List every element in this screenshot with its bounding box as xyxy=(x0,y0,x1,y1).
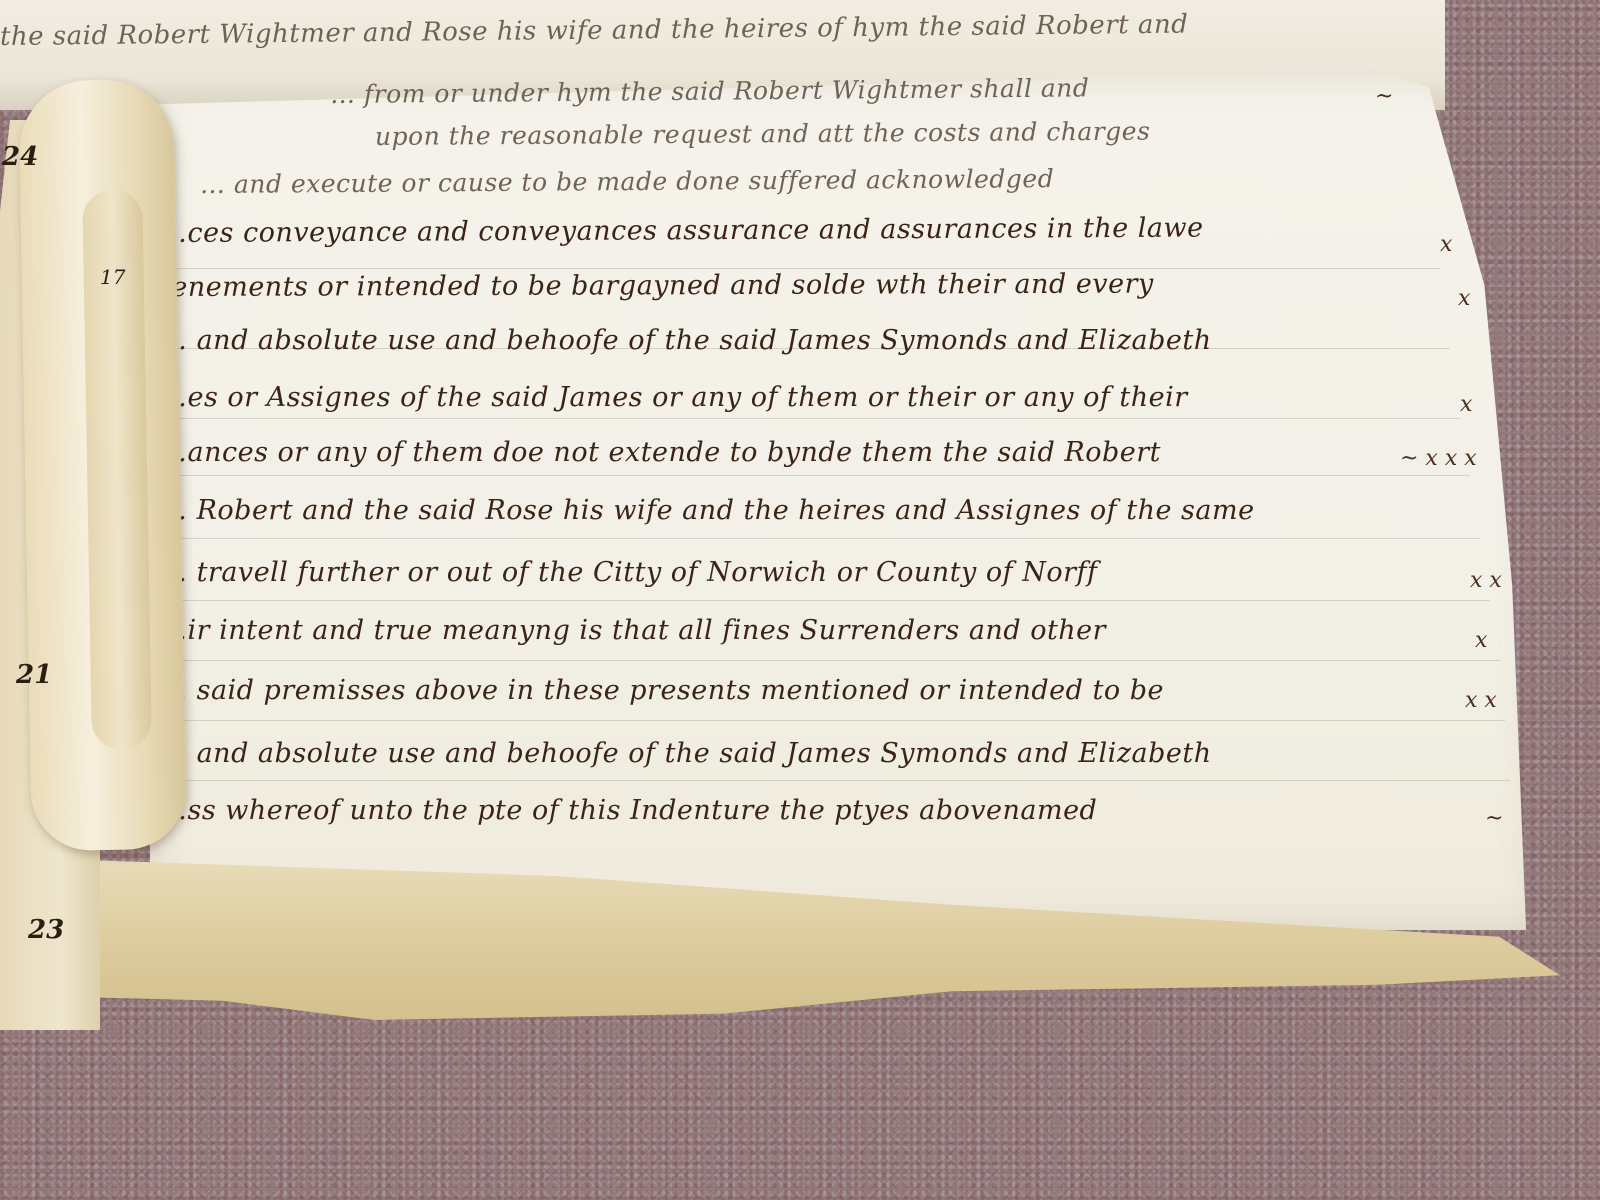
document-line-5: …ces conveyance and conveyances assuranc… xyxy=(160,213,1204,249)
ruled-line xyxy=(160,720,1505,721)
margin-number: 23 xyxy=(28,915,64,945)
document-line-4: … and execute or cause to be made done s… xyxy=(200,164,1054,199)
ruled-line xyxy=(160,418,1460,419)
line-filler: x xyxy=(1460,392,1472,417)
line-filler: x x xyxy=(1470,568,1502,593)
margin-number: 21 xyxy=(16,660,52,690)
margin-number: 24 xyxy=(2,142,38,172)
document-line-8: …es or Assignes of the said James or any… xyxy=(160,382,1188,413)
document-line-14: … and absolute use and behoofe of the sa… xyxy=(160,738,1212,769)
line-filler: ~ x x x xyxy=(1400,446,1477,471)
document-line-13: … said premisses above in these presents… xyxy=(160,675,1164,706)
ruled-line xyxy=(160,538,1480,539)
document-line-9: …ances or any of them doe not extende to… xyxy=(160,437,1161,468)
document-line-10: … Robert and the said Rose his wife and … xyxy=(160,495,1255,526)
line-filler: ~ xyxy=(1375,84,1393,109)
line-filler: x xyxy=(1475,628,1487,653)
ruled-line xyxy=(160,780,1510,781)
document-line-7: … and absolute use and behoofe of the sa… xyxy=(160,325,1212,356)
document-line-12: …ir intent and true meanyng is that all … xyxy=(160,615,1106,646)
folded-parchment-loop xyxy=(18,79,186,852)
document-line-15: …ss whereof unto the pte of this Indentu… xyxy=(160,795,1097,826)
document-line-3: upon the reasonable request and att the … xyxy=(375,117,1151,151)
line-filler: x xyxy=(1440,232,1452,257)
ruled-line xyxy=(160,475,1470,476)
ruled-line xyxy=(160,660,1500,661)
document-line-11: … travell further or out of the Citty of… xyxy=(160,557,1098,588)
line-filler: x xyxy=(1458,286,1470,311)
document-line-6: tenements or intended to be bargayned an… xyxy=(160,269,1154,303)
ruled-line xyxy=(160,600,1490,601)
line-filler: ~ xyxy=(1485,806,1503,831)
margin-number: 17 xyxy=(100,265,125,289)
line-filler: x x xyxy=(1465,688,1497,713)
